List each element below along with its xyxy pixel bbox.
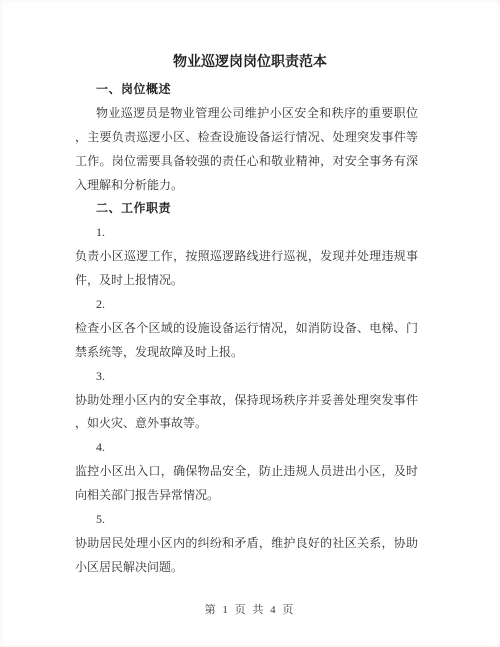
paragraph-line: 物业巡逻员是物业管理公司维护小区安全和秩序的重要职位 bbox=[75, 102, 418, 126]
paragraph-line: 监控小区出入口，确保物品安全，防止违规人员进出小区，及时 bbox=[75, 460, 418, 484]
page-footer: 第 1 页 共 4 页 bbox=[0, 601, 500, 617]
list-number-1: 1. bbox=[75, 221, 418, 245]
paragraph-line: 小区居民解决问题。 bbox=[75, 556, 418, 580]
document-body: 一、岗位概述 物业巡逻员是物业管理公司维护小区安全和秩序的重要职位 ，主要负责巡… bbox=[75, 78, 418, 580]
paragraph-line: 协助处理小区内的安全事故，保持现场秩序并妥善处理突发事件 bbox=[75, 389, 418, 413]
paragraph-line: 协助居民处理小区内的纠纷和矛盾，维护良好的社区关系，协助 bbox=[75, 532, 418, 556]
page-title: 物业巡逻岗岗位职责范本 bbox=[0, 54, 500, 72]
list-number-5: 5. bbox=[75, 508, 418, 532]
paragraph-line: 负责小区巡逻工作，按照巡逻路线进行巡视，发现并处理违规事 bbox=[75, 245, 418, 269]
paragraph-line: 禁系统等，发现故障及时上报。 bbox=[75, 341, 418, 365]
document-page: 物业巡逻岗岗位职责范本 一、岗位概述 物业巡逻员是物业管理公司维护小区安全和秩序… bbox=[0, 0, 500, 647]
paragraph-line: 入理解和分析能力。 bbox=[75, 174, 418, 198]
paragraph-line: 工作。岗位需要具备较强的责任心和敬业精神，对安全事务有深 bbox=[75, 150, 418, 174]
paragraph-line: ，如火灾、意外事故等。 bbox=[75, 412, 418, 436]
paragraph-line: 向相关部门报告异常情况。 bbox=[75, 484, 418, 508]
list-number-4: 4. bbox=[75, 436, 418, 460]
list-number-2: 2. bbox=[75, 293, 418, 317]
section-heading-overview: 一、岗位概述 bbox=[75, 78, 418, 102]
paragraph-line: 件，及时上报情况。 bbox=[75, 269, 418, 293]
section-heading-duties: 二、工作职责 bbox=[75, 197, 418, 221]
paragraph-line: 检查小区各个区域的设施设备运行情况，如消防设备、电梯、门 bbox=[75, 317, 418, 341]
paragraph-line: ，主要负责巡逻小区、检查设施设备运行情况、处理突发事件等 bbox=[75, 126, 418, 150]
list-number-3: 3. bbox=[75, 365, 418, 389]
